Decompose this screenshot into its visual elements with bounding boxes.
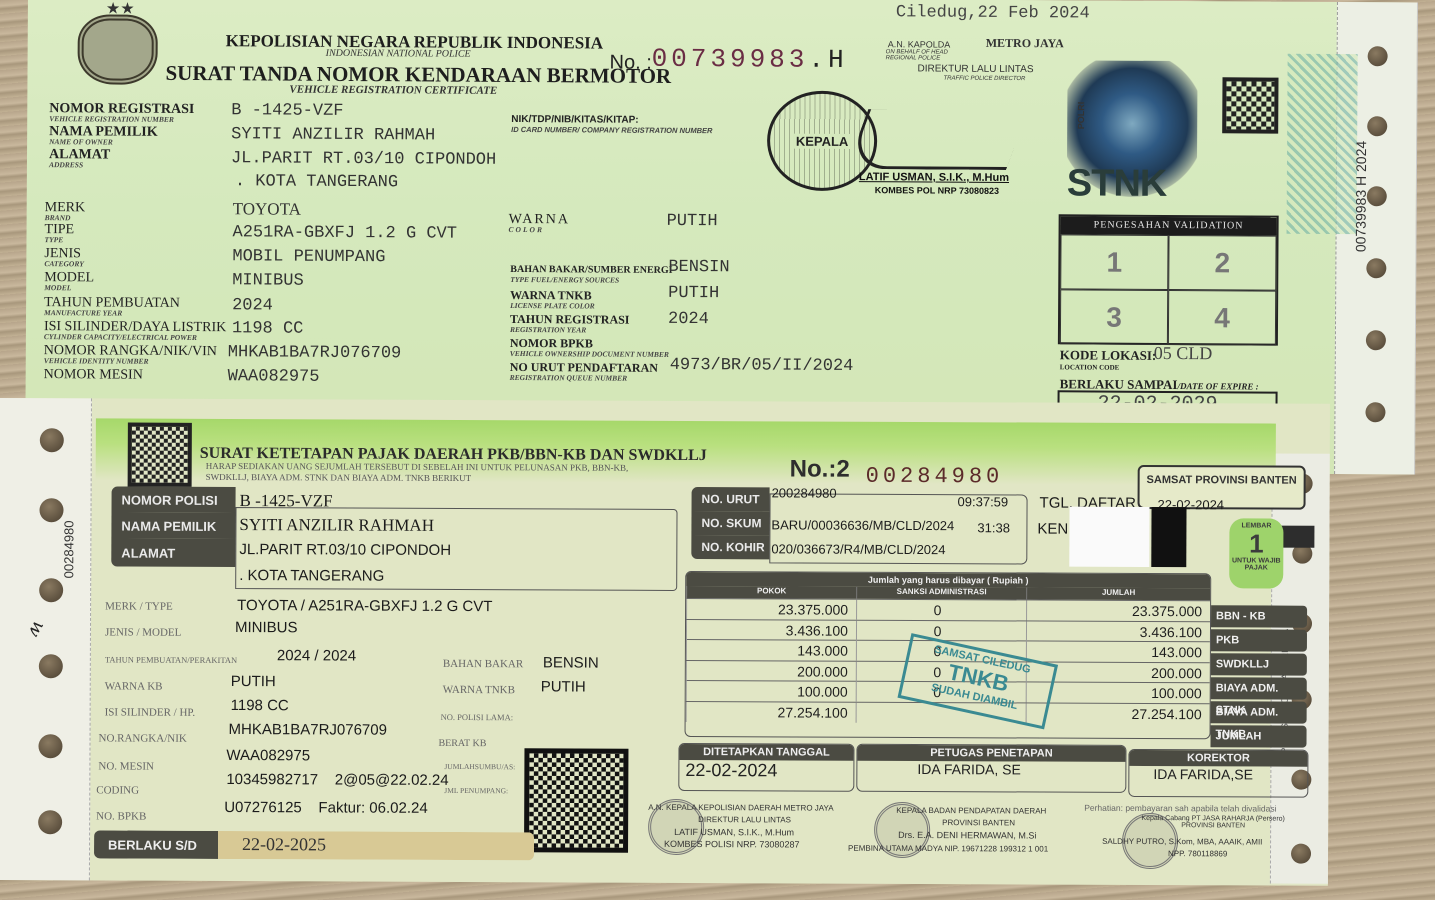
column-header: SANKSI ADMINISTRASI (856, 587, 1026, 600)
payment-cell-jumlah: 3.436.100 (1026, 621, 1210, 642)
label-no-urut: NO. URUT (692, 487, 770, 511)
vehicle-value: U07276125 Faktur: 06.02.24 (224, 799, 428, 817)
authority-an: A.N. KAPOLDA (888, 39, 951, 49)
type-value: A251RA-GBXFJ 1.2 G CVT (232, 223, 457, 243)
label-alamat: ALAMAT (111, 538, 235, 567)
payment-cell-pokok: 23.375.000 (686, 599, 856, 620)
vehicle-value: BENSIN (543, 654, 599, 671)
engine-number: WAA082975 (228, 367, 320, 387)
model-value: MINIBUS (232, 271, 304, 290)
validation-cell-3: 3 (1060, 289, 1168, 345)
payment-cell-jumlah: 27.254.100 (1026, 703, 1210, 724)
serial-number: 00739983.H (652, 44, 848, 75)
field-label: TIPETYPE (44, 223, 74, 244)
owner-name: SYITI ANZILIR RAHMAH (231, 125, 435, 145)
payment-cell-pokok: 3.436.100 (686, 619, 856, 640)
field-label: ALAMATADDRESS (49, 148, 110, 169)
handwritten-note: ʍ (22, 617, 48, 641)
payment-item-label: BIAYA ADM. TNKB (1211, 701, 1307, 723)
ditetapkan-box: DITETAPKAN TANGGAL 22-02-2024 (678, 743, 854, 792)
payment-cell-jumlah: 23.375.000 (1026, 600, 1210, 621)
petugas-label: PETUGAS PENETAPAN (857, 745, 1125, 762)
vehicle-label: BAHAN BAKAR (443, 658, 523, 670)
stnk-fields-right: WARNACOLOR PUTIH BAHAN BAKAR/SUMBER ENER… (28, 0, 1417, 2)
qr-code-icon (524, 748, 628, 852)
security-pattern (1287, 54, 1358, 234)
issuer-line-en: INDONESIAN NATIONAL POLICE (326, 48, 471, 60)
police-emblem-icon (77, 14, 157, 84)
side-serial-left: 00284980 (61, 520, 76, 578)
redaction-white (1069, 507, 1149, 567)
signatory-name: LATIF USMAN, S.I.K., M.Hum (859, 171, 1009, 184)
vehicle-value: PUTIH (541, 678, 586, 695)
field-label: ISI SILINDER/DAYA LISTRIKCYLINDER CAPACI… (44, 320, 226, 342)
signature (846, 109, 1028, 170)
time-2: 31:38 (977, 520, 1010, 535)
vin-value: MHKAB1BA7RJ076709 (228, 343, 402, 363)
nik-label: NIK/TDP/NIB/KITAS/KITAP:ID CARD NUMBER/ … (511, 113, 712, 135)
stars-icon: ★★ (106, 0, 135, 19)
copy-badge: LEMBAR1UNTUK WAJIB PAJAK (1229, 518, 1283, 588)
color-value: PUTIH (667, 212, 718, 231)
manufacture-year: 2024 (232, 296, 273, 315)
payment-row: 23.375.000023.375.000 (686, 598, 1210, 621)
berlaku-date: 22-02-2025 (218, 831, 534, 860)
signature-title: A.N. KEPALA KEPOLISIAN DAERAH METRO JAYA (648, 803, 833, 813)
perforation-hole (1365, 402, 1385, 422)
qr-code-icon (1222, 77, 1278, 133)
signature-name: Drs. E.A. DENI HERMAWAN, M.Si (898, 830, 1036, 841)
skpd-document: 00284980 ʍ PT JASUNDO TIGA PERKASA Tbk S… (0, 398, 1330, 886)
time-1: 09:37:59 (958, 494, 1009, 509)
field-label: JENISCATEGORY (44, 247, 84, 268)
payment-item-labels: BBN - KBPKBSWDKLLJBIAYA ADM. STNKBIAYA A… (1210, 605, 1307, 749)
payment-item-label: BBN - KB (1211, 605, 1307, 627)
stnk-fields-left: NOMOR REGISTRASIVEHICLE REGISTRATION NUM… (28, 0, 1417, 2)
field-label: WARNA TNKBLICENSE PLATE COLOR (510, 289, 595, 311)
petugas-box: PETUGAS PENETAPAN IDA FARIDA, SE (856, 744, 1126, 793)
vehicle-label: JML PENUMPANG: (444, 786, 508, 795)
field-label: TAHUN PEMBUATANMANUFACTURE YEAR (44, 296, 180, 318)
vehicle-label: JENIS / MODEL (105, 626, 181, 638)
field-label: NOMOR REGISTRASIVEHICLE REGISTRATION NUM… (49, 102, 194, 124)
payment-item-label: PKB (1211, 629, 1307, 651)
registration-year: 2024 (668, 310, 709, 329)
vehicle-label: BERAT KB (438, 738, 486, 749)
label-nomor-polisi: NOMOR POLISI (112, 486, 236, 513)
no-kohir: 020/036673/R4/MB/CLD/2024 (771, 541, 945, 557)
label-no-skum: NO. SKUM (691, 511, 769, 535)
column-header: JUMLAH (1026, 587, 1210, 600)
field-label: NO URUT PENDAFTARANREGISTRATION QUEUE NU… (510, 361, 658, 383)
label-nama-pemilik: NAMA PEMILIK (111, 512, 235, 539)
korektor-name: IDA FARIDA,SE (1129, 766, 1307, 783)
perforation-hole (1367, 116, 1387, 136)
category-value: MOBIL PENUMPANG (232, 247, 385, 267)
korektor-label: KOREKTOR (1129, 750, 1307, 767)
validation-cell-1: 1 (1060, 234, 1168, 290)
location-code: 05 CLD (1154, 343, 1213, 364)
vehicle-value: 10345982717 2@05@22.02.24 (226, 771, 448, 789)
payment-item-label: SWDKLLJ (1211, 653, 1307, 675)
vehicle-label: WARNA TNKB (443, 684, 515, 696)
vehicle-value: MINIBUS (235, 619, 298, 636)
perforated-strip: 00284980 ʍ (0, 398, 92, 880)
validation-title: PENGESAHAN VALIDATION (1061, 216, 1277, 235)
vehicle-label: JUMLAHSUMBU/AS: (444, 762, 515, 771)
authority-region: METRO JAYA (986, 36, 1064, 51)
field-label: NOMOR MESIN (44, 368, 143, 382)
signature-subtitle: PROVINSI BANTEN (942, 818, 1015, 827)
plate-color-value: PUTIH (668, 284, 719, 303)
field-label: NOMOR RANGKA/NIK/VINVEHICLE IDENTITY NUM… (44, 344, 217, 366)
cylinder-capacity: 1198 CC (232, 319, 304, 338)
serial-digits: 00739983 (652, 44, 809, 75)
payment-cell-pokok: 27.254.100 (686, 701, 856, 722)
registration-number: B -1425-VZF (231, 101, 343, 121)
perforation-hole (1366, 330, 1386, 350)
vehicle-label: NO. MESIN (98, 760, 154, 772)
no-urut: 200284980 (772, 485, 837, 500)
hologram-side-label: POLRI (1076, 102, 1086, 130)
signature-subtitle: DIREKTUR LALU LINTAS (698, 815, 791, 824)
perforation-hole (1291, 844, 1311, 864)
field-label: NOMOR BPKBVEHICLE OWNERSHIP DOCUMENT NUM… (510, 337, 669, 359)
nama-pemilik: SYITI ANZILIR RAHMAH (239, 515, 434, 536)
brand-value: TOYOTA (233, 199, 301, 219)
field-label: BAHAN BAKAR/SUMBER ENERGITYPE FUEL/ENERG… (510, 263, 672, 285)
perforation-hole (1366, 258, 1386, 278)
serial-suffix: .H (808, 45, 847, 75)
validation-box: PENGESAHAN VALIDATION 1 2 3 4 (1058, 214, 1279, 345)
payment-cell-pokok: 100.000 (686, 681, 856, 702)
payment-row: 3.436.10003.436.100 (686, 618, 1210, 641)
nomor-polisi: B -1425-VZF (240, 491, 333, 511)
skpd-subtitle: HARAP SEDIAKAN UANG SEJUMLAH TERSEBUT DI… (206, 461, 636, 485)
perforation-hole (1367, 186, 1387, 206)
no-skum: BARU/00036636/MB/CLD/2024 (771, 517, 954, 533)
label-no-kohir: NO. KOHIR (691, 535, 769, 559)
skpd-number-label: No.:2 (790, 455, 850, 483)
payment-columns: POKOK SANKSI ADMINISTRASI JUMLAH (686, 586, 1210, 600)
signature-id: NPP. 780118869 (1168, 849, 1227, 858)
redaction-black (1151, 507, 1186, 567)
address-line-2: . KOTA TANGERANG (235, 172, 398, 192)
perforation-hole (39, 654, 63, 678)
field-label: TAHUN REGISTRASIREGISTRATION YEAR (510, 313, 630, 335)
perforation-hole (40, 428, 64, 452)
ditetapkan-label: DITETAPKAN TANGGAL (679, 744, 853, 761)
signature-id: PEMBINA UTAMA MADYA NIP. 19671228 199312… (848, 844, 1048, 854)
side-serial: 00739983 H 2024 (1352, 141, 1369, 252)
validation-cell-2: 2 (1168, 235, 1276, 291)
vehicle-label: NO.RANGKA/NIK (98, 732, 186, 744)
qr-code-icon (128, 423, 192, 487)
vehicle-label: WARNA KB (105, 680, 163, 692)
field-label: WARNACOLOR (509, 213, 570, 234)
vehicle-value: 1198 CC (231, 697, 289, 714)
vehicle-value: WAA082975 (226, 747, 310, 764)
signature-id: KOMBES POLISI NRP. 73080287 (664, 839, 799, 850)
authority-director: DIREKTUR LALU LINTAS (918, 63, 1034, 75)
alamat-1: JL.PARIT RT.03/10 CIPONDOH (239, 541, 451, 559)
perforation-hole (39, 498, 63, 522)
payment-cell-pokok: 143.000 (686, 640, 856, 661)
korektor-box: KOREKTOR IDA FARIDA,SE (1128, 749, 1308, 798)
vehicle-label: MERK / TYPE (105, 600, 173, 612)
vehicle-label: TAHUN PEMBUATAN/PERAKITAN (105, 654, 237, 665)
stnk-hologram-label: STNK (1067, 162, 1167, 206)
vehicle-label: NO. BPKB (96, 810, 146, 822)
authority-an-en: ON BEHALF OF HEAD REGIONAL POLICE (886, 49, 976, 62)
berlaku-label: BERLAKU S/D (94, 830, 218, 859)
payment-cell-pokok: 200.000 (686, 660, 856, 681)
vehicle-value: TOYOTA / A251RA-GBXFJ 1.2 G CVT (237, 597, 492, 615)
signature-name: LATIF USMAN, S.I.K., M.Hum (674, 827, 794, 838)
fuel-value: BENSIN (668, 258, 729, 277)
signature-title: KEPALA BADAN PENDAPATAN DAERAH (896, 806, 1046, 816)
petugas-name: IDA FARIDA, SE (857, 761, 1125, 778)
payment-item-label: BIAYA ADM. STNK (1211, 677, 1307, 699)
signatory-rank: KOMBES POL NRP 73080823 (875, 185, 999, 196)
field-label: NAMA PEMILIKNAME OF OWNER (49, 125, 158, 147)
payment-item-label: JUMLAH (1210, 725, 1306, 747)
field-label: MODELMODEL (44, 271, 94, 292)
address-line-1: JL.PARIT RT.03/10 CIPONDOH (231, 149, 496, 170)
vehicle-value: PUTIH (231, 673, 276, 690)
payment-notice: Perhatian: pembayaran sah apabila telah … (1084, 803, 1276, 814)
field-label: MERKBRAND (45, 201, 86, 222)
signature-subtitle: Kepala Cabang PT JASA RAHARJA (Persero) … (1138, 815, 1288, 830)
perforation-hole (38, 810, 62, 834)
location-code-label: KODE LOKASI:LOCATION CODE (1060, 347, 1157, 372)
payment-cell-sanksi: 0 (856, 600, 1026, 621)
ditetapkan-date: 22-02-2024 (679, 760, 853, 782)
berlaku-bar: BERLAKU S/D 22-02-2025 (94, 830, 534, 860)
payment-cell-sanksi: 0 (856, 620, 1026, 641)
vehicle-value: MHKAB1BA7RJ076709 (229, 721, 388, 739)
perforation-hole (1368, 46, 1388, 66)
ken-label: KEN (1037, 521, 1068, 538)
queue-number: 4973/BR/05/II/2024 (670, 356, 854, 376)
perforation-hole (38, 734, 62, 758)
authority-director-en: TRAFFIC POLICE DIRECTOR (943, 76, 1025, 83)
column-header: POKOK (686, 586, 856, 599)
document-title-en: VEHICLE REGISTRATION CERTIFICATE (289, 84, 497, 97)
vehicle-value: 2024 / 2024 (277, 647, 356, 664)
vehicle-label: CODING (96, 784, 139, 796)
perforation-hole (39, 578, 63, 602)
serial-label: No. : (610, 52, 652, 75)
vehicle-label: NO. POLISI LAMA: (441, 712, 514, 722)
validation-cell-4: 4 (1168, 290, 1276, 346)
place-date: Ciledug,22 Feb 2024 (896, 3, 1090, 23)
signature-name: SALDHY PUTRO, S.Kom, MBA, AAAIK, AMII (1102, 837, 1262, 847)
payment-cell-jumlah: 143.000 (1026, 641, 1210, 662)
alamat-2: . KOTA TANGERANG (239, 567, 384, 585)
vehicle-label: ISI SILINDER / HP. (105, 706, 196, 718)
skpd-serial: 00284980 (866, 464, 1004, 490)
